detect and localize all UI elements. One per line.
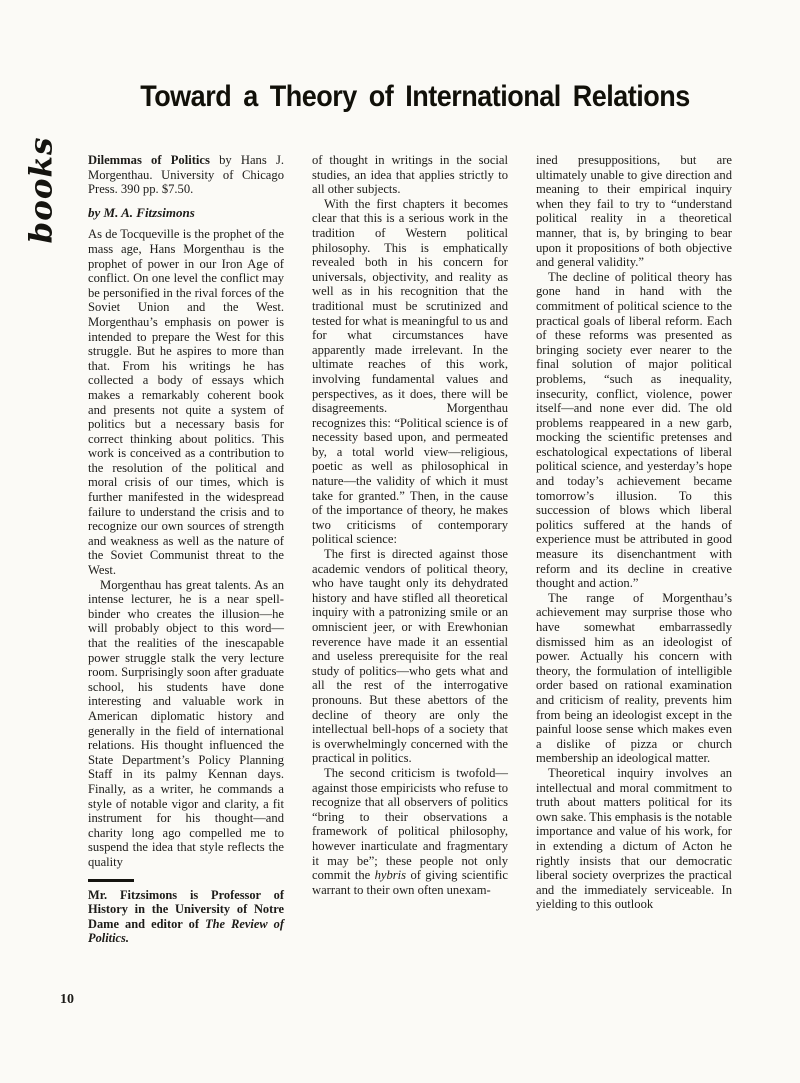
column-1: Dilemmas of Politics by Hans J. Morgenth… bbox=[88, 153, 284, 946]
article-body: Dilemmas of Politics by Hans J. Morgenth… bbox=[88, 153, 732, 946]
body-paragraph: Morgenthau has great talents. As an inte… bbox=[88, 578, 284, 870]
body-paragraph: Theoretical inquiry involves an intellec… bbox=[536, 766, 732, 912]
body-paragraph: The second criticism is twofold—against … bbox=[312, 766, 508, 897]
reviewer-byline: by M. A. Fitzsimons bbox=[88, 206, 284, 221]
body-paragraph: As de Tocqueville is the prophet of the … bbox=[88, 227, 284, 577]
article-title: Toward a Theory of International Relatio… bbox=[70, 80, 760, 113]
paragraph-text: The second criticism is twofold—against … bbox=[312, 766, 508, 882]
magazine-page: Toward a Theory of International Relatio… bbox=[0, 0, 800, 1083]
italic-term-hybris: hybris bbox=[375, 868, 406, 882]
book-citation: Dilemmas of Politics by Hans J. Morgenth… bbox=[88, 153, 284, 197]
footnote-divider bbox=[88, 879, 134, 882]
body-paragraph: The range of Morgenthau’s achievement ma… bbox=[536, 591, 732, 766]
section-label-books: books bbox=[23, 137, 59, 244]
body-paragraph: of thought in writings in the social stu… bbox=[312, 153, 508, 197]
page-number: 10 bbox=[60, 992, 74, 1008]
author-footnote: Mr. Fitzsimons is Professor of History i… bbox=[88, 888, 284, 946]
citation-book-title: Dilemmas of Politics bbox=[88, 153, 210, 167]
body-paragraph: With the first chapters it becomes clear… bbox=[312, 197, 508, 547]
column-2: of thought in writings in the social stu… bbox=[312, 153, 508, 946]
column-3: ined presuppositions, but are ultimately… bbox=[536, 153, 732, 946]
body-paragraph: ined presuppositions, but are ultimately… bbox=[536, 153, 732, 270]
body-paragraph: The decline of political theory has gone… bbox=[536, 270, 732, 591]
body-paragraph: The first is directed against those acad… bbox=[312, 547, 508, 766]
